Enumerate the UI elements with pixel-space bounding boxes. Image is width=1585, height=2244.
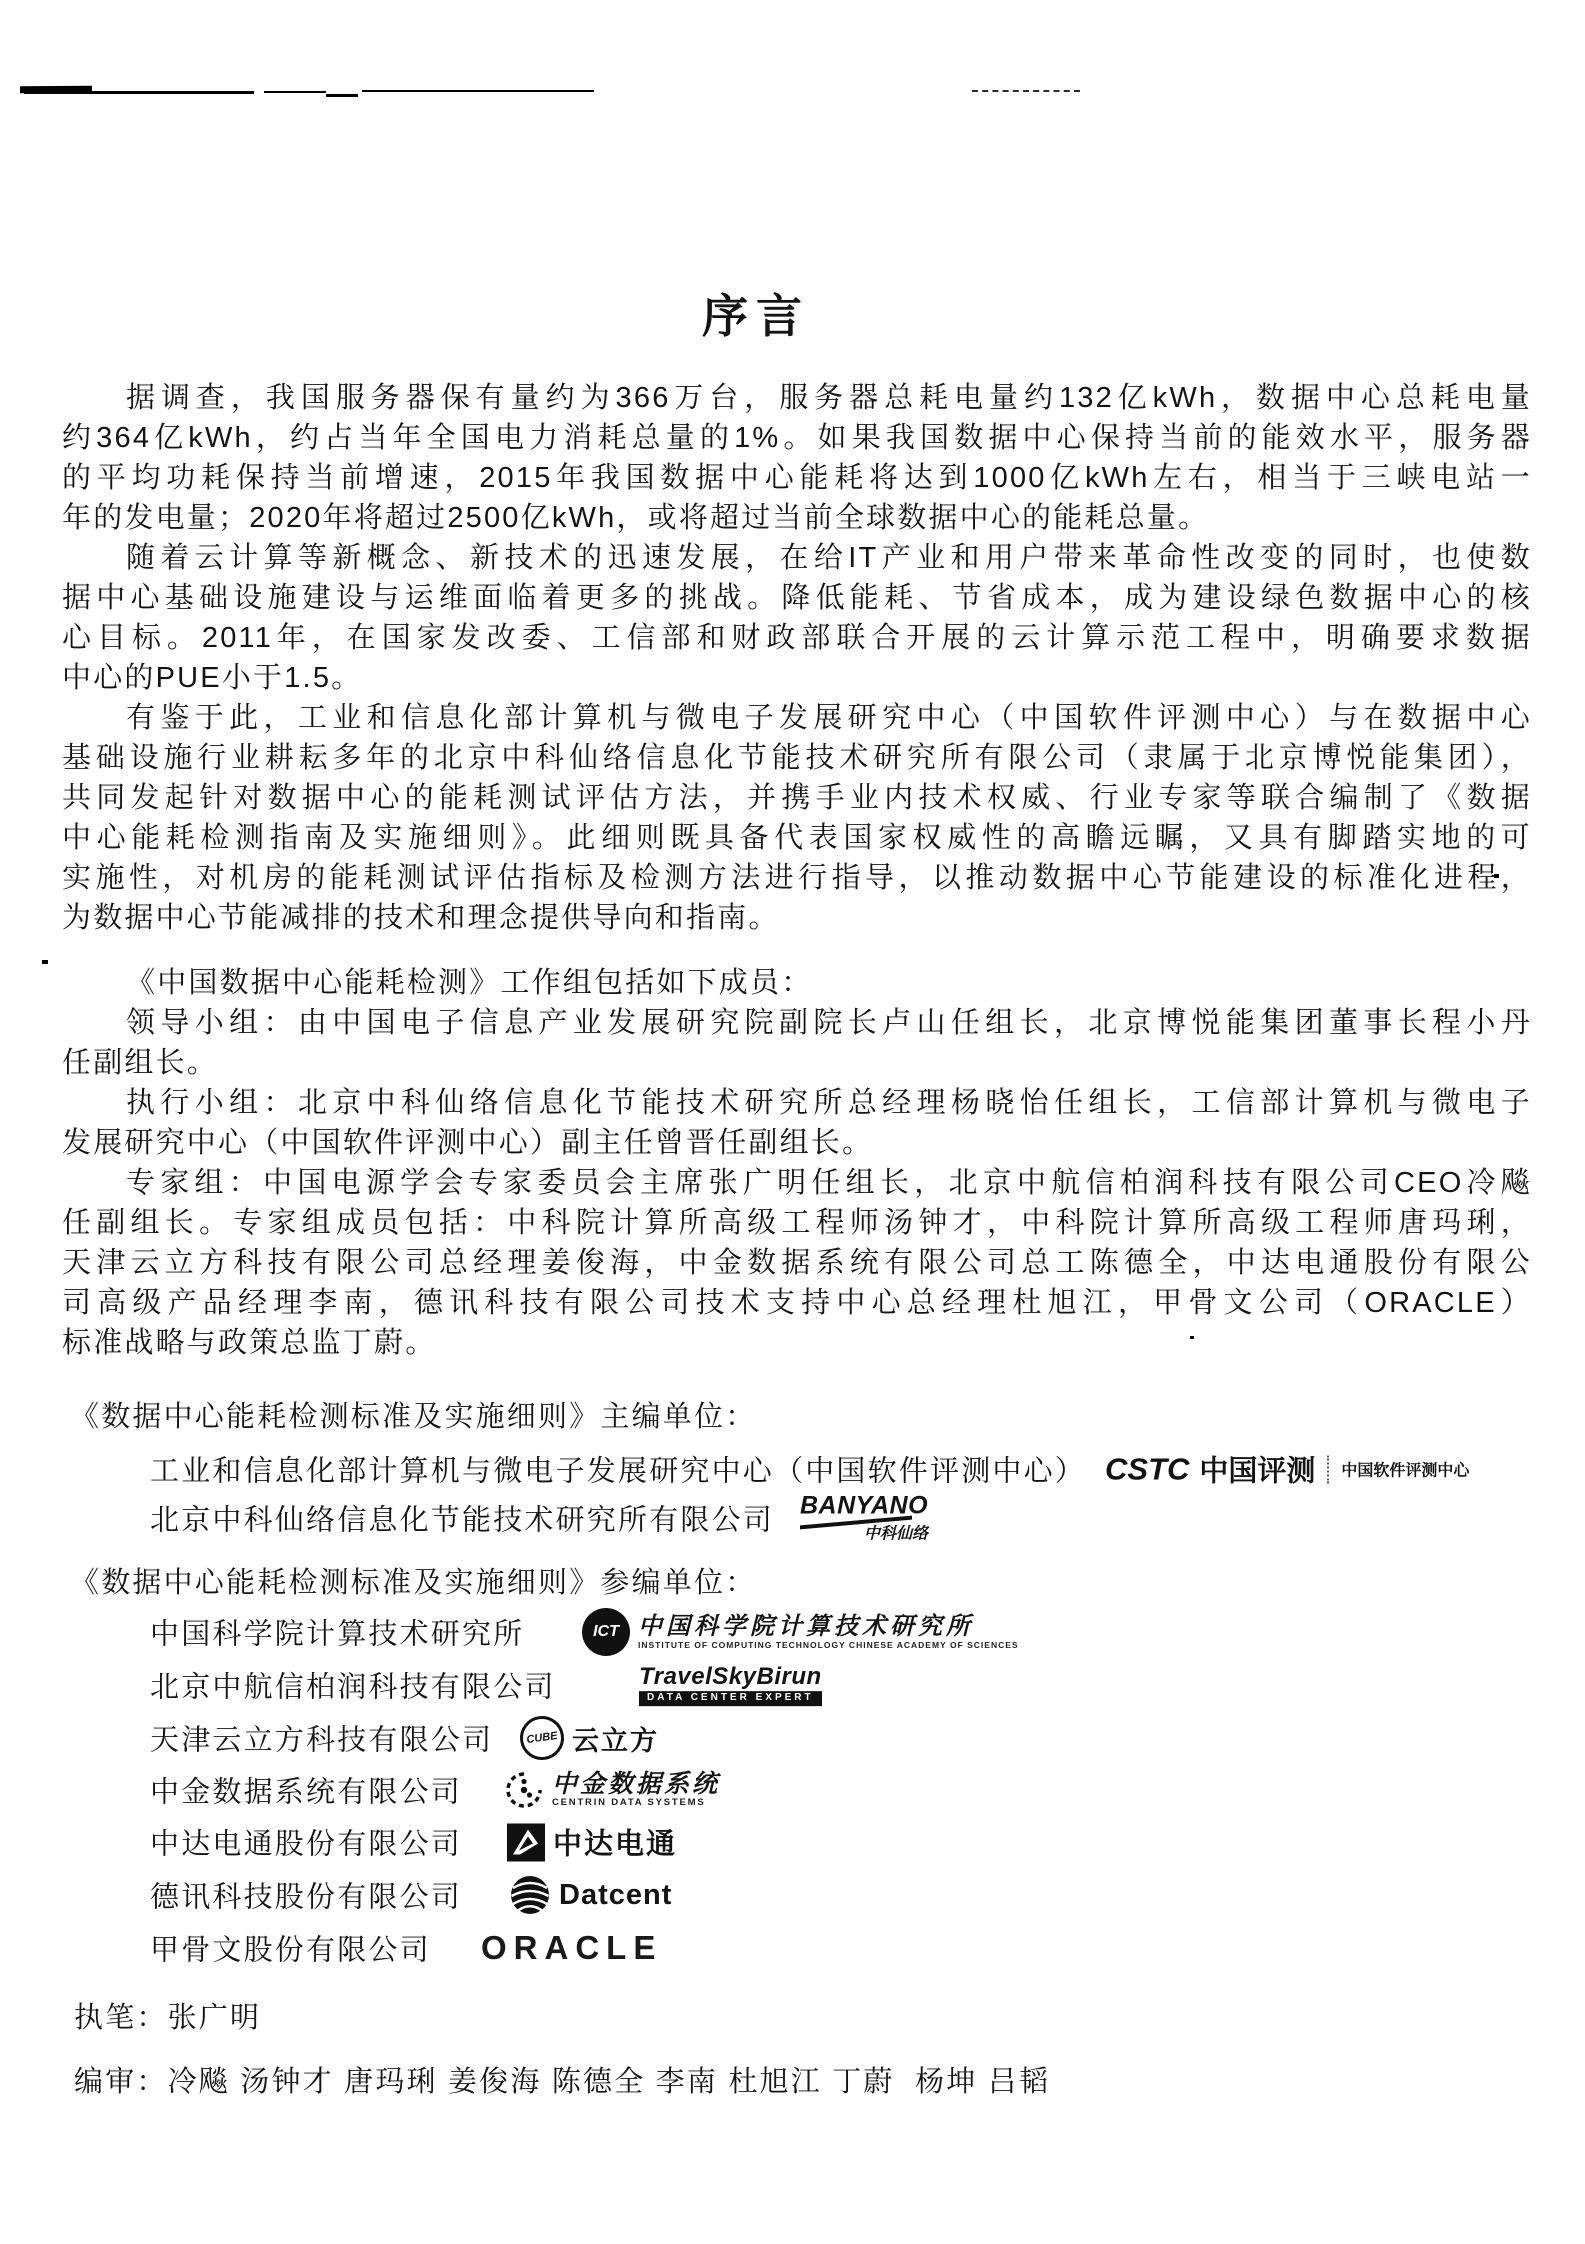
body-line: 执行小组：北京中科仙络信息化节能技术研究所总经理杨晓怡任组长，工信部计算机与微电…: [62, 1083, 1532, 1123]
scan-artifact: [362, 90, 594, 92]
banyano-brand-text: BANYANO: [800, 1494, 928, 1519]
participant-unit-row: 甲骨文股份有限公司 ORACLE: [150, 1926, 1490, 1970]
unit-name: 德讯科技股份有限公司: [150, 1875, 462, 1916]
scan-artifact: [42, 960, 48, 964]
cstc-logo: CSTC 中国评测 中国软件评测中心: [1105, 1449, 1469, 1490]
ict-sub-text: INSTITUTE OF COMPUTING TECHNOLOGY CHINES…: [638, 1641, 1019, 1650]
delta-text: 中达电通: [553, 1822, 677, 1863]
cstc-brand-text: 中国评测: [1199, 1449, 1315, 1490]
ict-logo: ICT 中国科学院计算技术研究所 INSTITUTE OF COMPUTING …: [582, 1608, 1019, 1656]
body-line: 《中国数据中心能耗检测》工作组包括如下成员：: [62, 963, 1532, 1003]
writer-line: 执笔：张广明: [74, 2000, 261, 2036]
body-line: 为数据中心节能减排的技术和理念提供导向和指南。: [62, 898, 1532, 938]
datcent-globe-icon: [509, 1874, 551, 1916]
body-line: 发展研究中心（中国软件评测中心）副主任曾晋任副组长。: [62, 1123, 1532, 1163]
unit-name: 中金数据系统有限公司: [150, 1770, 462, 1811]
participant-unit-row: 天津云立方科技有限公司 CUBE 云立方: [150, 1716, 1490, 1760]
participant-unit-row: 中国科学院计算技术研究所 ICT 中国科学院计算技术研究所 INSTITUTE …: [150, 1610, 1490, 1654]
body-line: 标准战略与政策总监丁蔚。: [62, 1323, 1532, 1363]
unit-name: 天津云立方科技有限公司: [150, 1718, 493, 1759]
unit-name: 中国科学院计算技术研究所: [150, 1612, 524, 1653]
body-line: 年的发电量；2020年将超过2500亿kWh，或将超过当前全球数据中心的能耗总量…: [62, 498, 1532, 538]
delta-logo: 中达电通: [507, 1822, 677, 1863]
oracle-logo: ORACLE: [481, 1929, 662, 1967]
unit-name: 北京中科仙络信息化节能技术研究所有限公司: [150, 1498, 774, 1539]
datcent-logo: Datcent: [509, 1874, 672, 1916]
page-title: 序言: [21, 280, 1491, 346]
ict-script-text: 中国科学院计算技术研究所: [638, 1614, 1019, 1640]
unit-name: 北京中航信柏润科技有限公司: [150, 1665, 556, 1706]
working-group-paragraphs: 《中国数据中心能耗检测》工作组包括如下成员： 领导小组：由中国电子信息产业发展研…: [62, 963, 1532, 1363]
scan-artifact: [326, 94, 358, 97]
body-line: 心目标。2011年，在国家发改委、工信部和财政部联合开展的云计算示范工程中，明确…: [62, 618, 1532, 658]
travelsky-brand-text: TravelSkyBirun: [639, 1664, 822, 1689]
body-line: 据中心基础设施建设与运维面临着更多的挑战。降低能耗、节省成本，成为建设绿色数据中…: [62, 578, 1532, 618]
ict-circle-icon: ICT: [582, 1608, 630, 1656]
scan-artifact: [24, 91, 254, 94]
unit-name: 工业和信息化部计算机与微电子发展研究中心（中国软件评测中心）: [150, 1449, 1086, 1490]
body-line: 中心能耗检测指南及实施细则》。此细则既具备代表国家权威性的高瞻远瞩，又具有脚踏实…: [62, 818, 1532, 858]
cube-circle-icon: CUBE: [517, 1713, 567, 1763]
participant-unit-row: 北京中航信柏润科技有限公司 TravelSkyBirun DATA CENTER…: [150, 1663, 1490, 1707]
scanned-document-page: 序言 据调查，我国服务器保有量约为366万台，服务器总耗电量约132亿kWh，数…: [0, 0, 1585, 2244]
cube-text: 云立方: [572, 1719, 659, 1758]
centrin-swirl-icon: [504, 1770, 544, 1810]
body-line: 随着云计算等新概念、新技术的迅速发展，在给IT产业和用户带来革命性改变的同时，也…: [62, 538, 1532, 578]
centrin-sub-text: CENTRIN DATA SYSTEMS: [552, 1798, 720, 1808]
body-line: 据调查，我国服务器保有量约为366万台，服务器总耗电量约132亿kWh，数据中心…: [62, 378, 1532, 418]
unit-name: 中达电通股份有限公司: [150, 1822, 462, 1863]
body-line: 实施性，对机房的能耗测试评估指标及检测方法进行指导，以推动数据中心节能建设的标准…: [62, 858, 1532, 898]
centrin-script-text: 中金数据系统: [552, 1772, 720, 1798]
banyano-sub-text: 中科仙络: [800, 1527, 928, 1543]
body-line: 专家组：中国电源学会专家委员会主席张广明任组长，北京中航信柏润科技有限公司CEO…: [62, 1163, 1532, 1203]
unit-name: 甲骨文股份有限公司: [150, 1928, 431, 1969]
body-line: 任副组长。专家组成员包括：中科院计算所高级工程师汤钟才，中科院计算所高级工程师唐…: [62, 1203, 1532, 1243]
banyano-logo: BANYANO 中科仙络: [800, 1494, 928, 1543]
body-line: 共同发起针对数据中心的能耗测试评估方法，并携手业内技术权威、行业专家等联合编制了…: [62, 778, 1532, 818]
cstc-abbr-text: CSTC: [1105, 1451, 1189, 1487]
scan-artifact: [264, 91, 326, 93]
chief-editor-unit-row: 工业和信息化部计算机与微电子发展研究中心（中国软件评测中心） CSTC 中国评测…: [150, 1447, 1490, 1491]
body-line: 领导小组：由中国电子信息产业发展研究院副院长卢山任组长，北京博悦能集团董事长程小…: [62, 1003, 1532, 1043]
participant-unit-row: 中达电通股份有限公司 中达电通: [150, 1820, 1490, 1864]
body-line: 基础设施行业耕耘多年的北京中科仙络信息化节能技术研究所有限公司（隶属于北京博悦能…: [62, 738, 1532, 778]
body-line: 任副组长。: [62, 1043, 1532, 1083]
cstc-subtitle: 中国软件评测中心: [1341, 1458, 1469, 1481]
cube-logo: CUBE 云立方: [520, 1716, 659, 1760]
body-line: 天津云立方科技有限公司总经理姜俊海，中金数据系统有限公司总工陈德全，中达电通股份…: [62, 1243, 1532, 1283]
participants-heading: 《数据中心能耗检测标准及实施细则》参编单位：: [70, 1563, 756, 1603]
chief-editor-heading: 《数据中心能耗检测标准及实施细则》主编单位：: [70, 1397, 756, 1437]
participant-unit-row: 中金数据系统有限公司 中金数据系统 CENTRIN DATA SYSTEMS: [150, 1768, 1490, 1812]
cstc-divider: [1327, 1455, 1329, 1483]
body-paragraphs: 据调查，我国服务器保有量约为366万台，服务器总耗电量约132亿kWh，数据中心…: [62, 378, 1532, 938]
body-line: 约364亿kWh，约占当年全国电力消耗总量的1%。如果我国数据中心保持当前的能效…: [62, 418, 1532, 458]
body-line: 的平均功耗保持当前增速，2015年我国数据中心能耗将达到1000亿kWh左右，相…: [62, 458, 1532, 498]
datcent-text: Datcent: [559, 1879, 672, 1912]
scan-artifact: [972, 90, 1080, 92]
delta-mark-icon: [507, 1823, 545, 1861]
reviewers-line: 编审：冷飚 汤钟才 唐玛琍 姜俊海 陈德全 李南 杜旭江 丁蔚 杨坤 吕韬: [74, 2064, 1050, 2100]
travelsky-birun-logo: TravelSkyBirun DATA CENTER EXPERT: [639, 1664, 822, 1706]
travelsky-bar-text: DATA CENTER EXPERT: [639, 1691, 822, 1706]
chief-editor-unit-row: 北京中科仙络信息化节能技术研究所有限公司 BANYANO 中科仙络: [150, 1496, 1490, 1540]
body-line: 中心的PUE小于1.5。: [62, 658, 1532, 698]
oracle-text: ORACLE: [481, 1929, 662, 1966]
body-line: 有鉴于此，工业和信息化部计算机与微电子发展研究中心（中国软件评测中心）与在数据中…: [62, 698, 1532, 738]
centrin-logo: 中金数据系统 CENTRIN DATA SYSTEMS: [504, 1770, 720, 1810]
participant-unit-row: 德讯科技股份有限公司 Datcent: [150, 1873, 1490, 1917]
body-line: 司高级产品经理李南，德讯科技有限公司技术支持中心总经理杜旭江，甲骨文公司（ORA…: [62, 1283, 1532, 1323]
